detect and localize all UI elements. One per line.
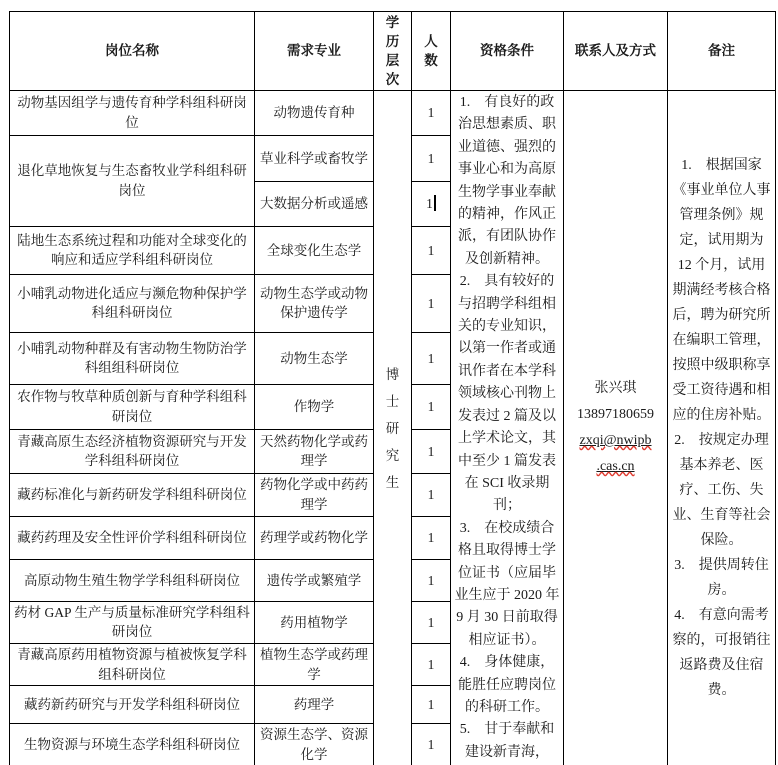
position-cell: 小哺乳动物进化适应与濒危物种保护学科组科研岗位 <box>10 274 255 332</box>
major-cell: 动物生态学或动物保护遗传学 <box>255 274 374 332</box>
position-cell: 青藏高原生态经济植物资源研究与开发学科组科研岗位 <box>10 429 255 473</box>
education-level-text: 博士研究生 <box>385 361 400 496</box>
notes-cell: 1. 根据国家《事业单位人事管理条例》规定，试用期为 12 个月，试用期满经考核… <box>668 91 776 765</box>
count-cell: 1 <box>412 686 451 724</box>
major-cell: 资源生态学、资源化学 <box>255 724 374 765</box>
count-cell: 1 <box>412 724 451 765</box>
count-value: 1 <box>428 657 435 672</box>
major-cell: 药用植物学 <box>255 601 374 643</box>
education-level-cell: 博士研究生 <box>374 91 412 765</box>
header-count-label: 人数 <box>424 32 439 70</box>
count-cell: 1 <box>412 332 451 384</box>
count-cell: 1 <box>412 473 451 516</box>
major-cell: 动物遗传育种 <box>255 91 374 136</box>
qualification-item: 2. 具有较好的与招聘学科组相关的专业知识，以第一作者或通讯作者在本学科领域核心… <box>454 271 560 517</box>
position-cell: 小哺乳动物种群及有害动物生物防治学科组组科研岗位 <box>10 332 255 384</box>
position-cell: 藏药新药研究与开发学科组科研岗位 <box>10 686 255 724</box>
count-cell: 1 <box>412 559 451 601</box>
count-cell[interactable]: 1 <box>412 181 451 226</box>
header-count: 人数 <box>412 12 451 91</box>
table-row: 动物基因组学与遗传育种学科组科研岗位动物遗传育种博士研究生11. 有良好的政治思… <box>10 91 776 136</box>
header-position: 岗位名称 <box>10 12 255 91</box>
qualification-item: 3. 在校成绩合格且取得博士学位证书（应届毕业生应于 2020 年 9 月 30… <box>454 518 560 652</box>
note-item: 2. 按规定办理基本养老、医疗、工伤、失业、生育等社会保险。 <box>671 428 772 553</box>
note-item: 4. 有意向需考察的，可报销往返路费及住宿费。 <box>671 603 772 703</box>
header-row: 岗位名称 需求专业 学历层次 人数 资格条件 联系人及方式 备注 <box>10 12 776 91</box>
position-cell: 农作物与牧草种质创新与育种学科组科研岗位 <box>10 384 255 429</box>
text-cursor <box>434 195 436 211</box>
document-page: 岗位名称 需求专业 学历层次 人数 资格条件 联系人及方式 备注 动物基因组学与… <box>9 11 776 765</box>
major-cell: 作物学 <box>255 384 374 429</box>
position-cell: 藏药标准化与新药研发学科组科研岗位 <box>10 473 255 516</box>
position-cell: 高原动物生殖生物学学科组科研岗位 <box>10 559 255 601</box>
count-value: 1 <box>428 243 435 258</box>
count-value: 1 <box>428 444 435 459</box>
qualification-cell: 1. 有良好的政治思想素质、职业道德、强烈的事业心和为高原生物学事业奉献的精神，… <box>451 91 564 765</box>
header-major: 需求专业 <box>255 12 374 91</box>
count-value: 1 <box>428 573 435 588</box>
count-value: 1 <box>428 615 435 630</box>
count-value: 1 <box>428 697 435 712</box>
major-cell: 药理学 <box>255 686 374 724</box>
count-value: 1 <box>428 105 435 120</box>
header-notes: 备注 <box>668 12 776 91</box>
contact-email-line2: .cas.cn <box>567 454 664 480</box>
spellcheck-underline: .cas.cn <box>596 459 634 474</box>
count-value: 1 <box>428 351 435 366</box>
count-cell: 1 <box>412 136 451 182</box>
position-cell: 动物基因组学与遗传育种学科组科研岗位 <box>10 91 255 136</box>
header-education: 学历层次 <box>374 12 412 91</box>
major-cell: 药物化学或中药药理学 <box>255 473 374 516</box>
position-cell: 退化草地恢复与生态畜牧业学科组科研岗位 <box>10 136 255 227</box>
count-cell: 1 <box>412 601 451 643</box>
contact-phone: 13897180659 <box>576 402 656 428</box>
major-cell: 植物生态学或药理学 <box>255 643 374 685</box>
position-cell: 藏药药理及安全性评价学科组科研岗位 <box>10 516 255 559</box>
count-value: 1 <box>428 399 435 414</box>
major-cell: 全球变化生态学 <box>255 226 374 274</box>
position-cell: 青藏高原药用植物资源与植被恢复学科组科研岗位 <box>10 643 255 685</box>
count-cell: 1 <box>412 274 451 332</box>
contact-name: 张兴琪 <box>567 376 664 402</box>
count-value: 1 <box>428 530 435 545</box>
header-qualification: 资格条件 <box>451 12 564 91</box>
major-cell: 药理学或药物化学 <box>255 516 374 559</box>
spellcheck-underline: zxqi@nwipb <box>580 433 652 448</box>
count-cell: 1 <box>412 643 451 685</box>
major-cell: 动物生态学 <box>255 332 374 384</box>
count-value: 1 <box>428 296 435 311</box>
qualification-item: 4. 身体健康，能胜任应聘岗位的科研工作。 <box>454 652 560 719</box>
major-cell: 草业科学或畜牧学 <box>255 136 374 182</box>
header-contact: 联系人及方式 <box>564 12 668 91</box>
major-cell: 大数据分析或遥感 <box>255 181 374 226</box>
position-cell: 生物资源与环境生态学科组科研岗位 <box>10 724 255 765</box>
count-cell: 1 <box>412 516 451 559</box>
count-value: 1 <box>428 151 435 166</box>
contact-email-line1: zxqi@nwipb <box>567 428 664 454</box>
count-cell: 1 <box>412 384 451 429</box>
qualification-item: 5. 甘于奉献和建设新青海， <box>454 719 560 764</box>
count-value: 1 <box>426 196 433 211</box>
major-cell: 天然药物化学或药理学 <box>255 429 374 473</box>
note-item: 1. 根据国家《事业单位人事管理条例》规定，试用期为 12 个月，试用期满经考核… <box>671 153 772 428</box>
major-cell: 遗传学或繁殖学 <box>255 559 374 601</box>
qualification-item: 1. 有良好的政治思想素质、职业道德、强烈的事业心和为高原生物学事业奉献的精神，… <box>454 92 560 271</box>
count-value: 1 <box>428 487 435 502</box>
count-value: 1 <box>428 737 435 752</box>
count-cell: 1 <box>412 91 451 136</box>
note-item: 3. 提供周转住房。 <box>671 553 772 603</box>
recruitment-table: 岗位名称 需求专业 学历层次 人数 资格条件 联系人及方式 备注 动物基因组学与… <box>9 11 776 765</box>
position-cell: 药材 GAP 生产与质量标准研究学科组科研岗位 <box>10 601 255 643</box>
header-education-label: 学历层次 <box>385 13 400 89</box>
contact-cell: 张兴琪13897180659zxqi@nwipb.cas.cn <box>564 91 668 765</box>
count-cell: 1 <box>412 226 451 274</box>
position-cell: 陆地生态系统过程和功能对全球变化的响应和适应学科组科研岗位 <box>10 226 255 274</box>
count-cell: 1 <box>412 429 451 473</box>
